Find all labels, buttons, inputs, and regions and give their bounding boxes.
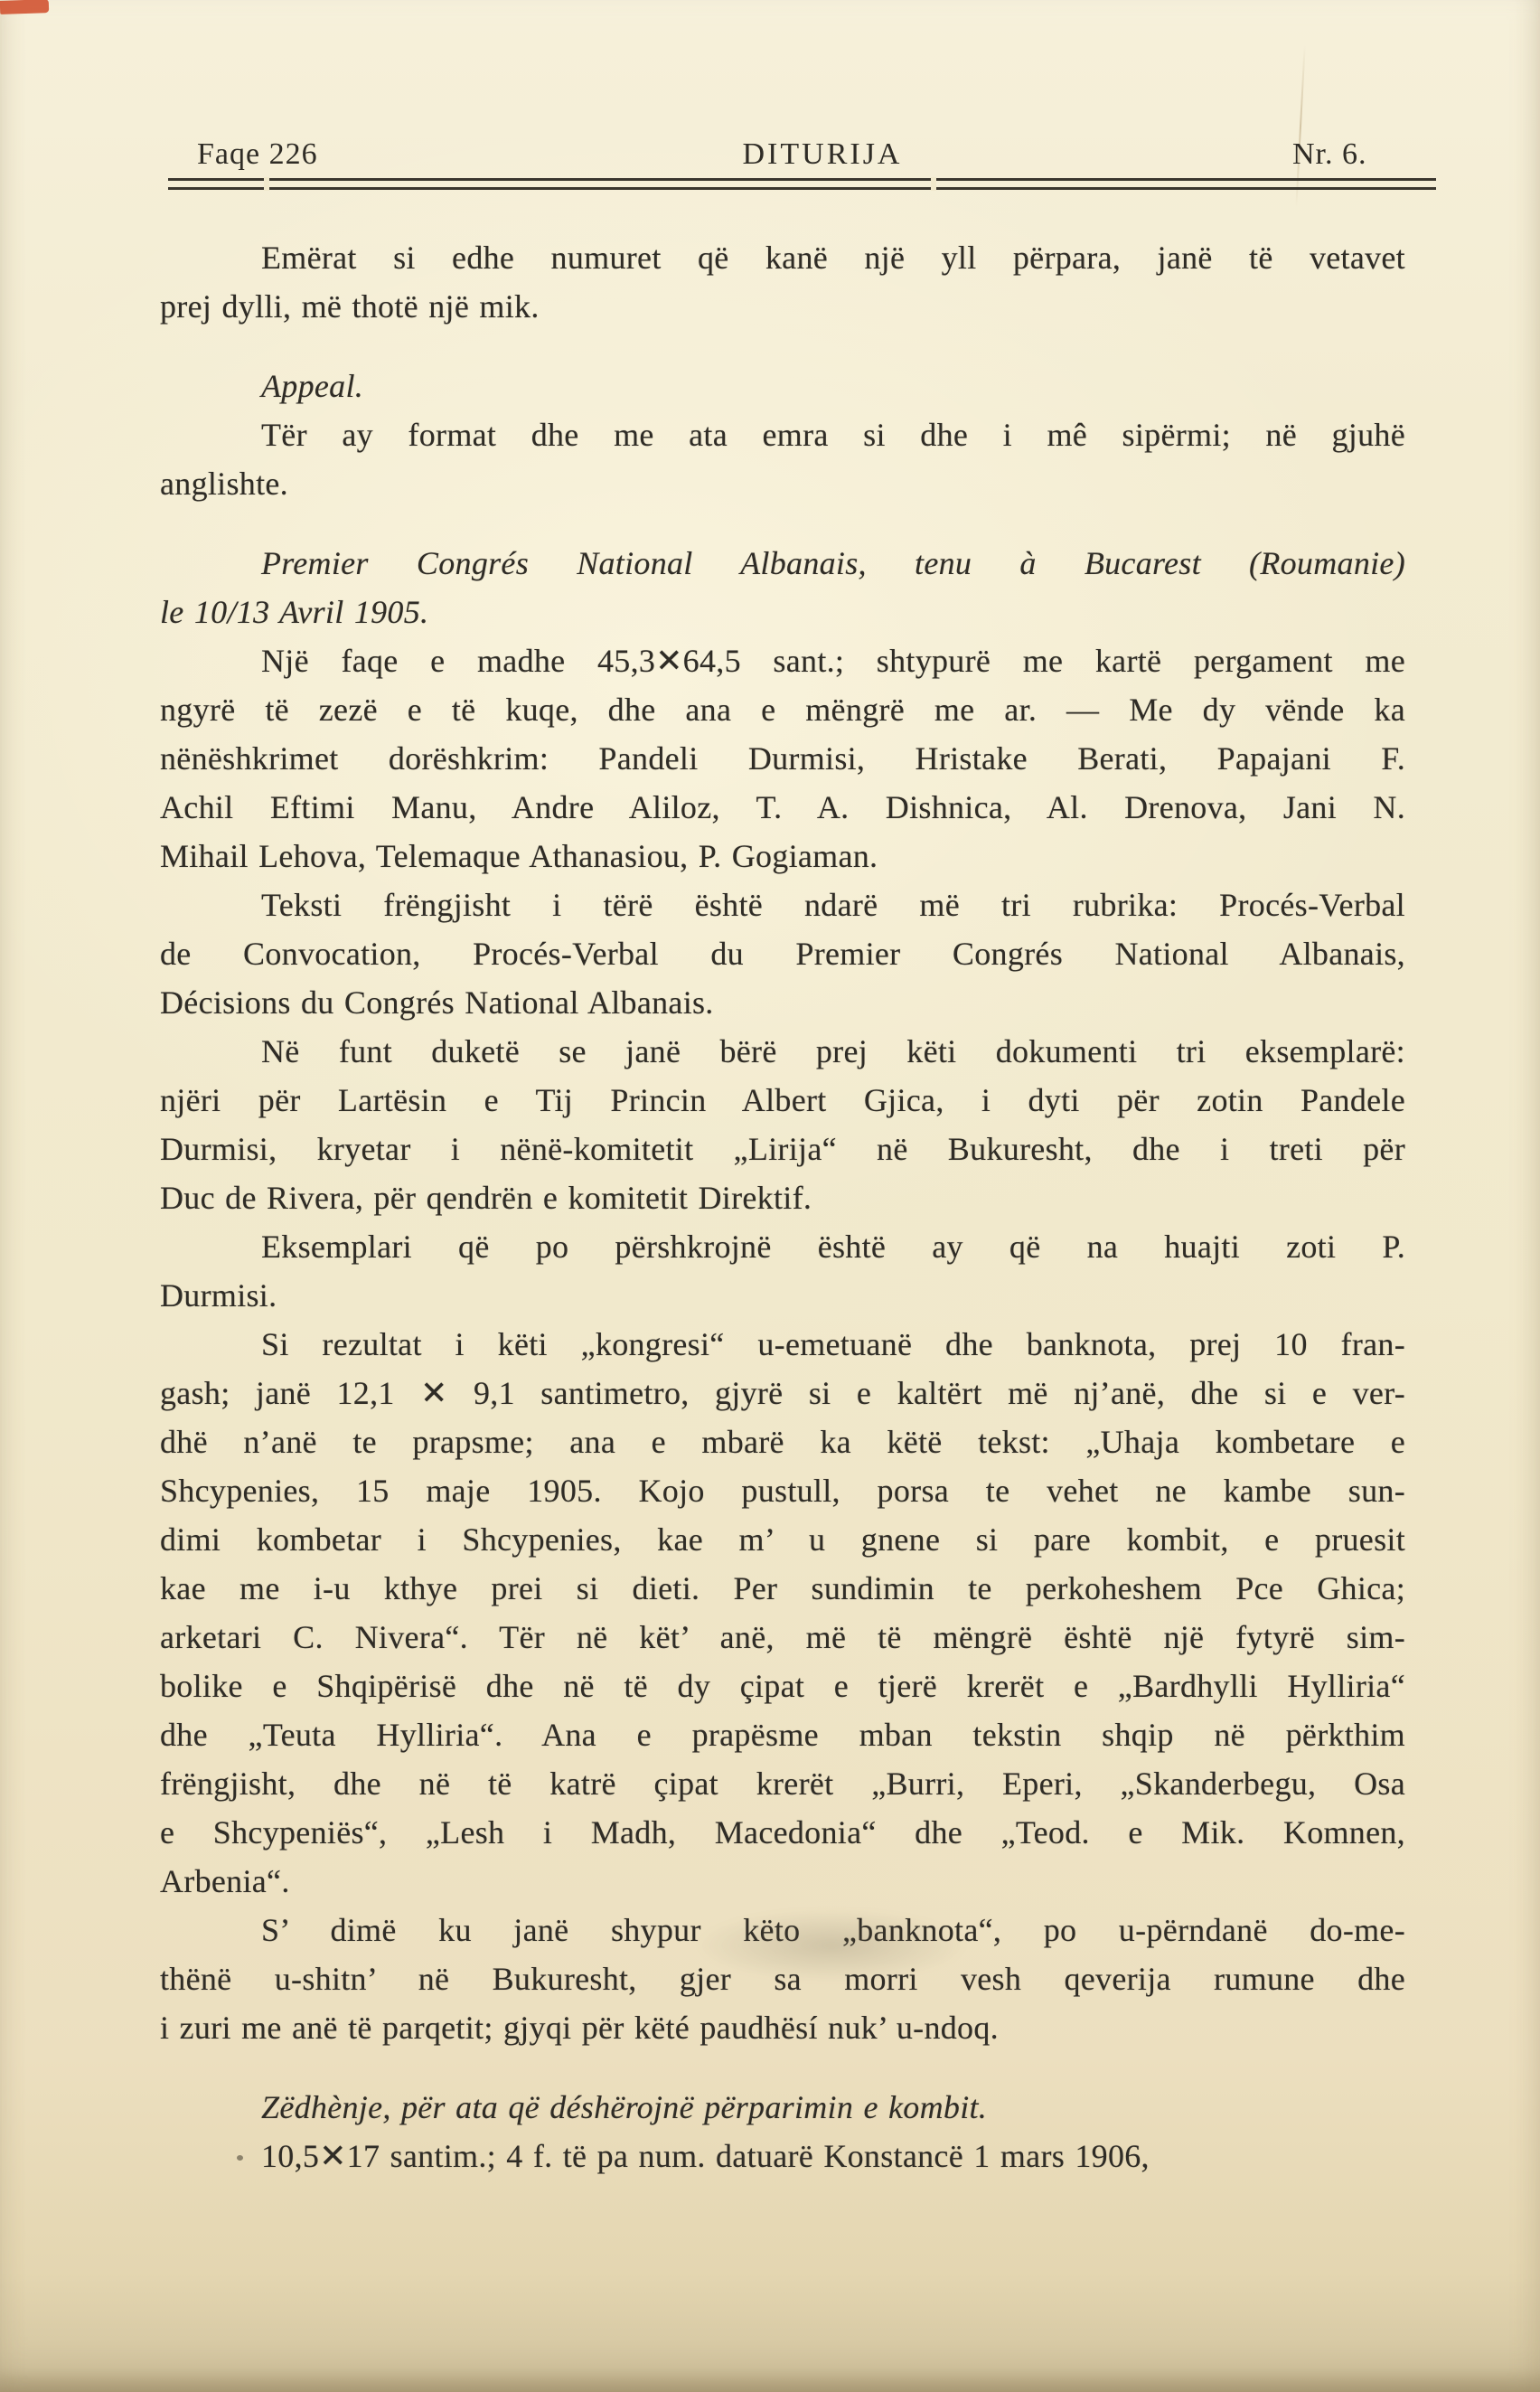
paragraph: Teksti frëngjisht i tërë është ndarë më … xyxy=(160,881,1405,1027)
header-rule xyxy=(168,178,1436,190)
text-line: anglishte. xyxy=(160,459,1405,508)
text-line: 10,5✕17 santim.; 4 f. të pa num. datuarë… xyxy=(160,2132,1405,2180)
text-line: bolike e Shqipërisë dhe në të dy çipat e… xyxy=(160,1662,1405,1710)
red-ink-mark xyxy=(0,0,49,14)
text-line: Décisions du Congrés National Albanais. xyxy=(160,978,1405,1027)
text-line: Në funt duketë se janë bërë prej këti do… xyxy=(160,1027,1405,1076)
text-line: de Convocation, Procés-Verbal du Premier… xyxy=(160,929,1405,978)
text-line: Achil Eftimi Manu, Andre Aliloz, T. A. D… xyxy=(160,783,1405,832)
text-line: le 10/13 Avril 1905. xyxy=(160,588,1405,636)
paragraph: Eksemplari që po përshkrojnë është ay që… xyxy=(160,1222,1405,1320)
text-line: Eksemplari që po përshkrojnë është ay që… xyxy=(160,1222,1405,1271)
text-line: kae me i-u kthye prei si dieti. Per sund… xyxy=(160,1564,1405,1613)
text-line: dhe „Teuta Hylliria“. Ana e prapësme mba… xyxy=(160,1710,1405,1759)
paragraph: Një faqe e madhe 45,3✕64,5 sant.; shtypu… xyxy=(160,636,1405,881)
paragraph: Si rezultat i këti „kongresi“ u-emetuanë… xyxy=(160,1320,1405,1906)
text-line: dhë n’anë te prapsme; ana e mbarë ka kët… xyxy=(160,1417,1405,1466)
paragraph: 10,5✕17 santim.; 4 f. të pa num. datuarë… xyxy=(160,2132,1405,2180)
text-line: Durmisi. xyxy=(160,1271,1405,1320)
text-line: Teksti frëngjisht i tërë është ndarë më … xyxy=(160,881,1405,929)
text-line: Arbenia“. xyxy=(160,1857,1405,1906)
paragraph: Emërat si edhe numuret që kanë një yll p… xyxy=(160,233,1405,331)
text-line: arketari C. Nivera“. Tër në kët’ anë, më… xyxy=(160,1613,1405,1662)
page-header: Faqe 226 DITURIJA Nr. 6. xyxy=(0,134,1540,175)
text-line: Durmisi, kryetar i nënë-komitetit „Lirij… xyxy=(160,1125,1405,1173)
text-line: Tër ay format dhe me ata emra si dhe i m… xyxy=(160,410,1405,459)
section-heading: Zëdhènje, për ata që déshërojnë përparim… xyxy=(160,2083,1405,2132)
rule-break xyxy=(264,177,269,191)
rule-break xyxy=(931,177,936,191)
text-line: Appeal. xyxy=(160,362,1405,410)
text-line: njëri për Lartësin e Tij Princin Albert … xyxy=(160,1076,1405,1125)
page-number: Faqe 226 xyxy=(197,134,318,175)
text-line: gash; janë 12,1 ✕ 9,1 santimetro, gjyrë … xyxy=(160,1369,1405,1417)
section-heading: Appeal. xyxy=(160,362,1405,410)
text-line: ngyrë të zezë e të kuqe, dhe ana e mëngr… xyxy=(160,685,1405,734)
text-line: Si rezultat i këti „kongresi“ u-emetuanë… xyxy=(160,1320,1405,1369)
text-line: Një faqe e madhe 45,3✕64,5 sant.; shtypu… xyxy=(160,636,1405,685)
text-line: prej dylli, më thotë një mik. xyxy=(160,282,1405,331)
text-line: nënëshkrimet dorëshkrim: Pandeli Durmisi… xyxy=(160,734,1405,783)
issue-number: Nr. 6. xyxy=(1292,134,1367,175)
text-line: frëngjisht, dhe në të katrë çipat krerët… xyxy=(160,1759,1405,1808)
text-line: i zuri me anë të parqetit; gjyqi për kët… xyxy=(160,2003,1405,2052)
journal-title: DITURIJA xyxy=(687,134,958,175)
text-line: Premier Congrés National Albanais, tenu … xyxy=(160,539,1405,588)
text-line: Emërat si edhe numuret që kanë një yll p… xyxy=(160,233,1405,282)
smudge-stain xyxy=(696,1909,967,1982)
text-line: Zëdhènje, për ata që déshërojnë përparim… xyxy=(160,2083,1405,2132)
article-text: Emërat si edhe numuret që kanë një yll p… xyxy=(160,233,1405,2180)
paragraph: Tër ay format dhe me ata emra si dhe i m… xyxy=(160,410,1405,508)
text-line: e Shcypeniës“, „Lesh i Madh, Macedonia“ … xyxy=(160,1808,1405,1857)
text-line: Shcypenies, 15 maje 1905. Kojo pustull, … xyxy=(160,1466,1405,1515)
text-line: Duc de Rivera, për qendrën e komitetit D… xyxy=(160,1173,1405,1222)
text-line: Mihail Lehova, Telemaque Athanasiou, P. … xyxy=(160,832,1405,881)
scanned-page: Faqe 226 DITURIJA Nr. 6. Emërat si edhe … xyxy=(0,0,1540,2392)
section-heading: Premier Congrés National Albanais, tenu … xyxy=(160,539,1405,636)
text-line: dimi kombetar i Shcypenies, kae m’ u gne… xyxy=(160,1515,1405,1564)
paragraph: Në funt duketë se janë bërë prej këti do… xyxy=(160,1027,1405,1222)
ink-speck xyxy=(237,2155,243,2161)
